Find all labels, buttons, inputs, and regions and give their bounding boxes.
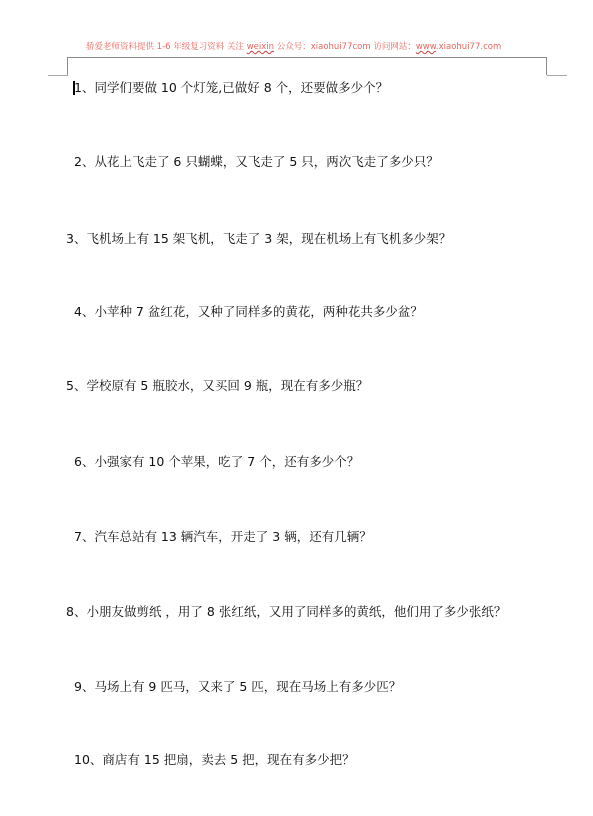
header-text-part2: 公众号：xiaohui77com 访问网站：	[274, 42, 416, 52]
margin-corner-mark-right-vertical	[546, 57, 547, 75]
margin-corner-mark-left-vertical	[67, 57, 68, 75]
margin-corner-mark-right-horizontal	[547, 75, 567, 76]
question-7[interactable]: 7、汽车总站有 13 辆汽车，开走了 3 辆，还有几辆？	[74, 529, 372, 545]
header-divider	[67, 57, 547, 58]
page-header: 骄爱老师资料提供 1-6 年级复习资料 关注 weixin 公众号：xiaohu…	[86, 42, 546, 53]
question-10[interactable]: 10、商店有 15 把扇，卖去 5 把，现在有多少把？	[74, 752, 355, 768]
question-1[interactable]: 1、同学们要做 10 个灯笼,已做好 8 个，还要做多少个？	[74, 80, 388, 96]
question-9[interactable]: 9、马场上有 9 匹马，又来了 5 匹，现在马场上有多少匹？	[74, 679, 401, 695]
question-6[interactable]: 6、小强家有 10 个苹果，吃了 7 个，还有多少个？	[74, 454, 359, 470]
question-8[interactable]: 8、小朋友做剪纸 ，用了 8 张红纸，又用了同样多的黄纸，他们用了多少张纸？	[66, 604, 506, 620]
header-weixin-spellcheck: weixin	[247, 42, 274, 52]
header-text-part1: 骄爱老师资料提供 1-6 年级复习资料 关注	[86, 42, 247, 52]
question-4[interactable]: 4、小苹种 7 盆红花，又种了同样多的黄花，两种花共多少盆？	[74, 304, 423, 320]
header-www-spellcheck: www	[416, 42, 436, 52]
question-3[interactable]: 3、飞机场上有 15 架飞机，飞走了 3 架，现在机场上有飞机多少架？	[66, 231, 451, 247]
question-5[interactable]: 5、学校原有 5 瓶胶水，又买回 9 瓶，现在有多少瓶？	[66, 378, 368, 394]
question-2[interactable]: 2、从花上飞走了 6 只蝴蝶，又飞走了 5 只，两次飞走了多少只？	[74, 154, 439, 170]
header-text-part3: .xiaohui77.com	[436, 42, 501, 52]
document-page: 骄爱老师资料提供 1-6 年级复习资料 关注 weixin 公众号：xiaohu…	[0, 0, 593, 816]
margin-corner-mark-left-horizontal	[48, 75, 68, 76]
